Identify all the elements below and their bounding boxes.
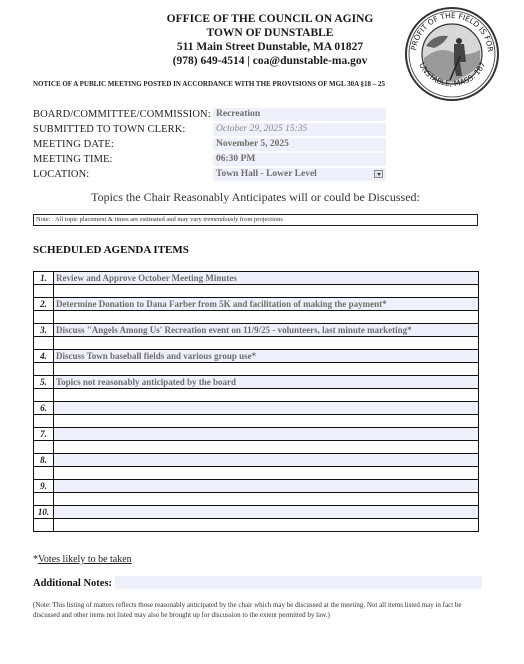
spacer-cell: [34, 519, 54, 532]
agenda-row: 3.Discuss "Angels Among Us' Recreation e…: [34, 324, 479, 337]
board-label: BOARD/COMMITTEE/COMMISSION:: [33, 108, 211, 122]
spacer-cell: [34, 311, 54, 324]
footer-disclaimer: (Note: This listing of matters reflects …: [33, 601, 483, 620]
agenda-item-field[interactable]: [54, 454, 479, 467]
agenda-spacer-row: [34, 467, 479, 480]
agenda-item-number: 7.: [34, 428, 54, 441]
agenda-item-number: 9.: [34, 480, 54, 493]
town-seal-icon: THE PROFIT OF THE FIELD IS FOR ALL DUNST…: [404, 6, 500, 102]
agenda-item-field[interactable]: Topics not reasonably anticipated by the…: [54, 376, 479, 389]
spacer-cell: [34, 389, 54, 402]
agenda-row: 5.Topics not reasonably anticipated by t…: [34, 376, 479, 389]
chevron-down-icon[interactable]: [374, 170, 383, 178]
agenda-row: 6.: [34, 402, 479, 415]
spacer-cell: [54, 337, 479, 350]
additional-notes-label: Additional Notes:: [33, 578, 112, 589]
location-label: LOCATION:: [33, 168, 89, 182]
submitted-field[interactable]: October 29, 2025 15:35: [213, 123, 386, 136]
note-prefix: Note:: [36, 216, 50, 223]
estimate-note: Note: All topic placement & times are es…: [33, 214, 478, 226]
spacer-cell: [54, 415, 479, 428]
town-name: TOWN OF DUNSTABLE: [140, 26, 400, 40]
meeting-time-field[interactable]: 06:30 PM: [213, 153, 386, 166]
agenda-item-number: 4.: [34, 350, 54, 363]
spacer-cell: [34, 415, 54, 428]
office-name: OFFICE OF THE COUNCIL ON AGING: [140, 12, 400, 26]
topics-heading: Topics the Chair Reasonably Anticipates …: [33, 190, 478, 205]
agenda-spacer-row: [34, 311, 479, 324]
spacer-cell: [34, 493, 54, 506]
spacer-cell: [34, 337, 54, 350]
note-text-end: from projections: [238, 216, 283, 223]
agenda-row: 4.Discuss Town baseball fields and vario…: [34, 350, 479, 363]
spacer-cell: [54, 285, 479, 298]
note-emphasis: tremendously: [203, 216, 238, 223]
agenda-spacer-row: [34, 363, 479, 376]
agenda-spacer-row: [34, 441, 479, 454]
public-meeting-notice: NOTICE OF A PUBLIC MEETING POSTED IN ACC…: [33, 80, 403, 89]
board-field[interactable]: Recreation: [213, 108, 386, 121]
agenda-row: 9.: [34, 480, 479, 493]
meeting-date-field[interactable]: November 5, 2025: [213, 138, 386, 151]
spacer-cell: [34, 467, 54, 480]
spacer-cell: [54, 467, 479, 480]
scheduled-heading: SCHEDULED AGENDA ITEMS: [33, 244, 189, 256]
spacer-cell: [54, 441, 479, 454]
agenda-spacer-row: [34, 285, 479, 298]
agenda-item-number: 3.: [34, 324, 54, 337]
document-header: OFFICE OF THE COUNCIL ON AGING TOWN OF D…: [140, 12, 400, 68]
votes-text: Votes likely to be taken: [38, 554, 132, 565]
agenda-item-number: 8.: [34, 454, 54, 467]
submitted-label: SUBMITTED TO TOWN CLERK:: [33, 123, 185, 137]
spacer-cell: [34, 285, 54, 298]
additional-notes-field[interactable]: [115, 576, 482, 589]
agenda-item-number: 1.: [34, 272, 54, 285]
agenda-item-field[interactable]: Discuss Town baseball fields and various…: [54, 350, 479, 363]
agenda-item-field[interactable]: [54, 506, 479, 519]
agenda-item-number: 2.: [34, 298, 54, 311]
agenda-spacer-row: [34, 415, 479, 428]
spacer-cell: [34, 363, 54, 376]
agenda-spacer-row: [34, 337, 479, 350]
agenda-item-number: 10.: [34, 506, 54, 519]
contact-info: (978) 649-4514 | coa@dunstable-ma.gov: [140, 54, 400, 68]
location-value: Town Hall - Lower Level: [216, 169, 317, 179]
agenda-item-field[interactable]: Review and Approve October Meeting Minut…: [54, 272, 479, 285]
votes-footnote: *Votes likely to be taken: [33, 554, 132, 565]
meeting-date-label: MEETING DATE:: [33, 138, 114, 152]
agenda-row: 8.: [34, 454, 479, 467]
note-text: All topic placement & times are estimate…: [55, 216, 203, 223]
spacer-cell: [54, 311, 479, 324]
spacer-cell: [34, 441, 54, 454]
agenda-item-field[interactable]: [54, 402, 479, 415]
agenda-table: 1.Review and Approve October Meeting Min…: [33, 271, 479, 532]
meeting-time-label: MEETING TIME:: [33, 153, 113, 167]
agenda-item-field[interactable]: [54, 480, 479, 493]
agenda-row: 7.: [34, 428, 479, 441]
agenda-item-field[interactable]: [54, 428, 479, 441]
spacer-cell: [54, 389, 479, 402]
spacer-cell: [54, 519, 479, 532]
spacer-cell: [54, 493, 479, 506]
agenda-spacer-row: [34, 389, 479, 402]
agenda-spacer-row: [34, 519, 479, 532]
address: 511 Main Street Dunstable, MA 01827: [140, 40, 400, 54]
agenda-row: 2.Determine Donation to Dana Farber from…: [34, 298, 479, 311]
spacer-cell: [54, 363, 479, 376]
agenda-item-number: 6.: [34, 402, 54, 415]
agenda-spacer-row: [34, 493, 479, 506]
agenda-item-field[interactable]: Determine Donation to Dana Farber from 5…: [54, 298, 479, 311]
agenda-item-field[interactable]: Discuss "Angels Among Us' Recreation eve…: [54, 324, 479, 337]
agenda-row: 10.: [34, 506, 479, 519]
location-select[interactable]: Town Hall - Lower Level: [213, 168, 386, 181]
agenda-row: 1.Review and Approve October Meeting Min…: [34, 272, 479, 285]
agenda-item-number: 5.: [34, 376, 54, 389]
